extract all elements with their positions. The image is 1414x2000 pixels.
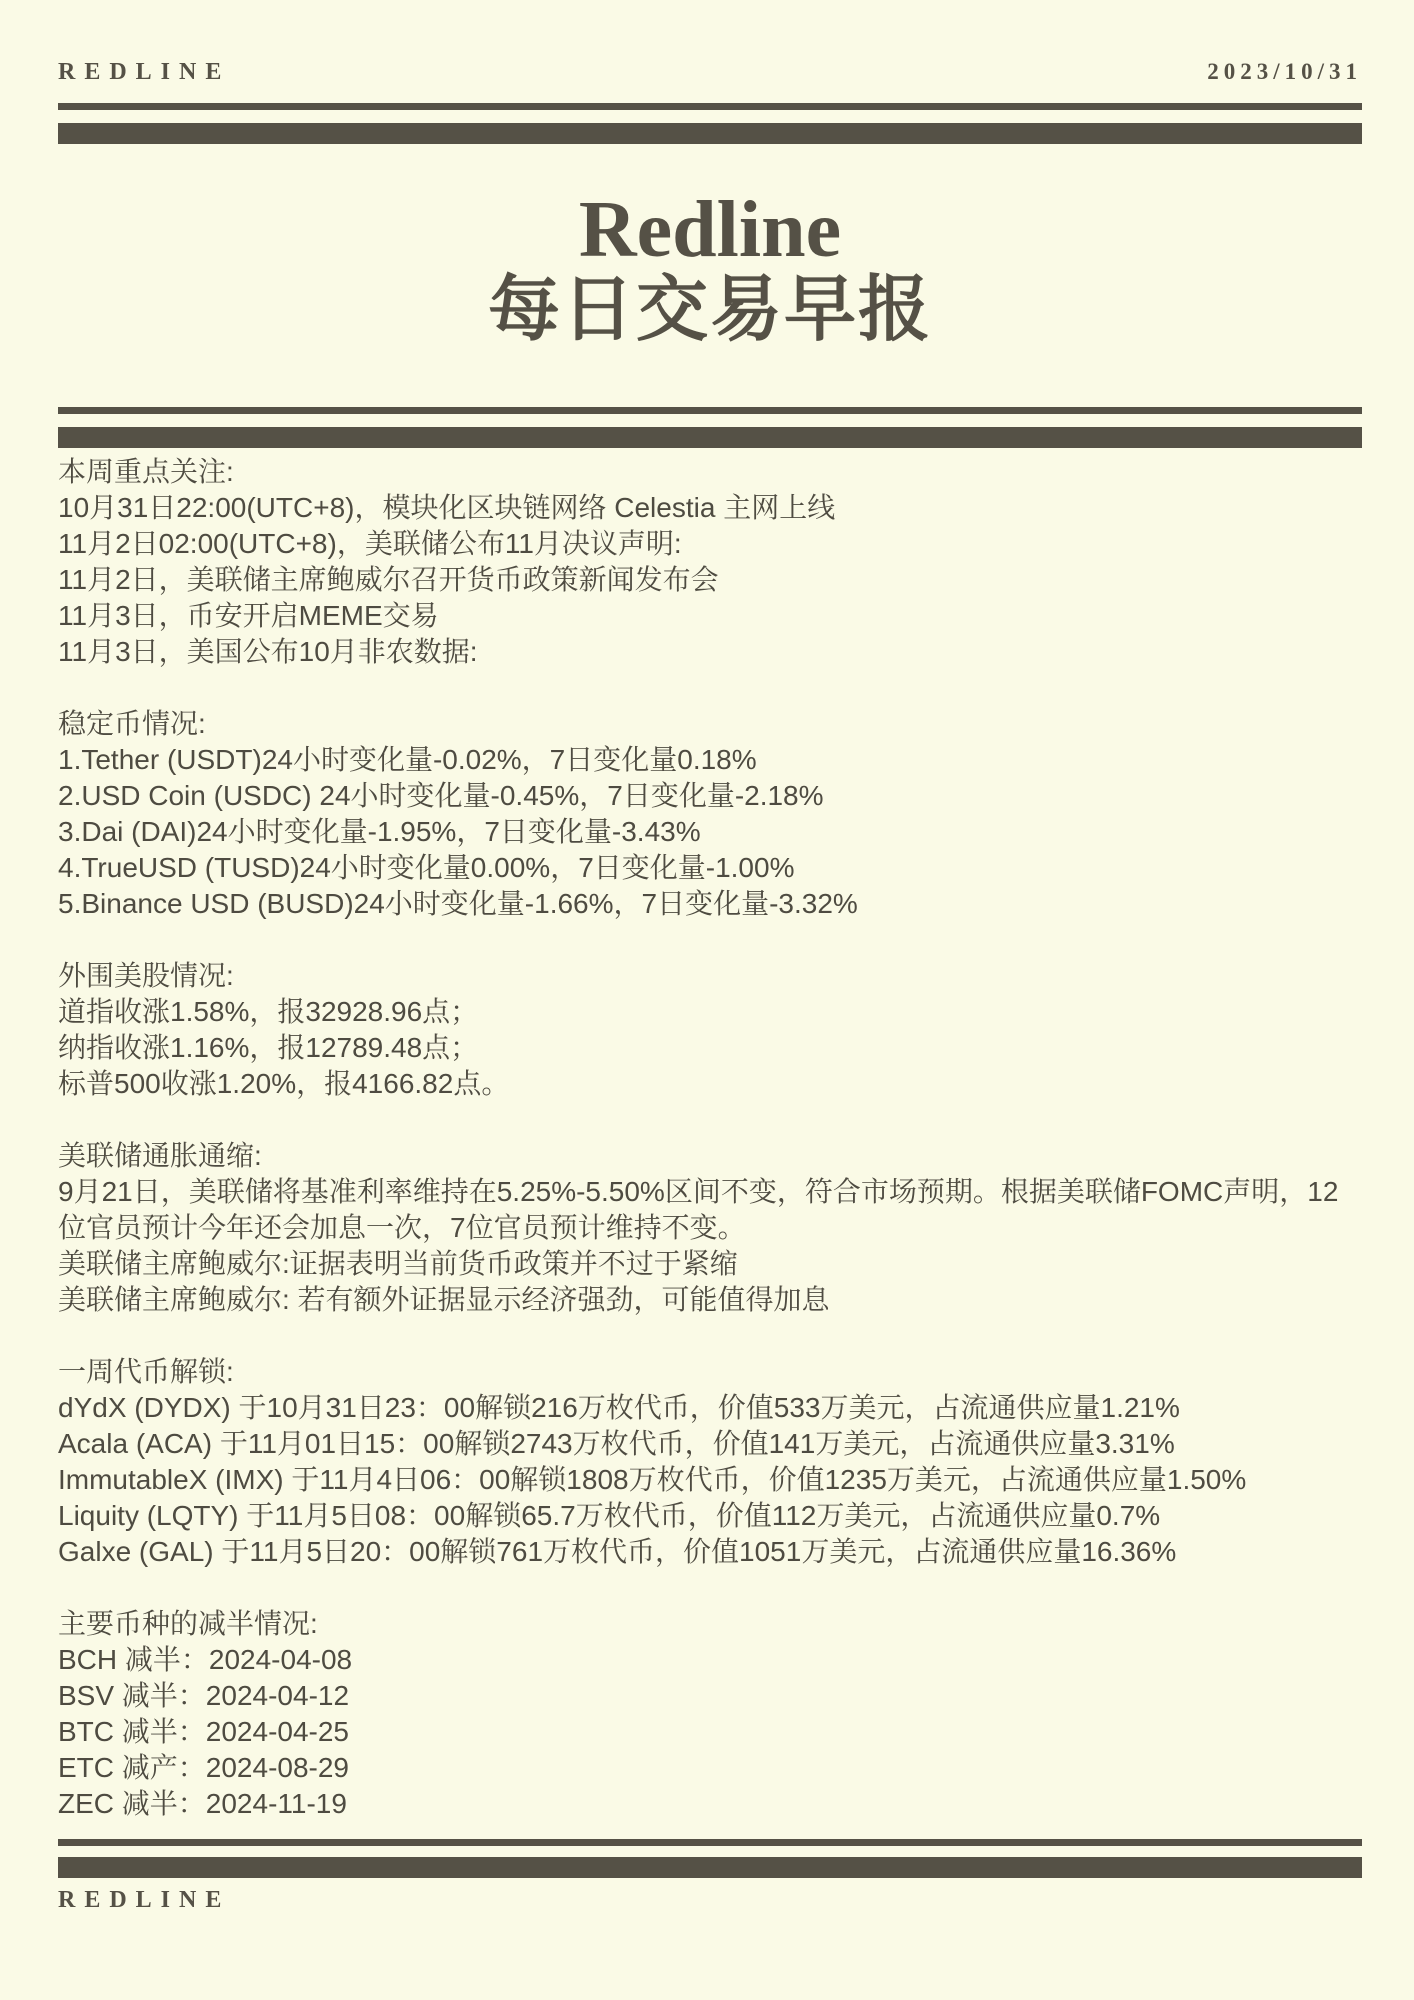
page-header: REDLINE 2023/10/31 <box>58 58 1362 86</box>
section-heading: 本周重点关注: <box>58 454 1362 490</box>
header-divider-thin <box>58 103 1362 110</box>
report-section: 外围美股情况:道指收涨1.58%，报32928.96点；纳指收涨1.16%，报1… <box>58 958 1362 1102</box>
section-line: dYdX (DYDX) 于10月31日23：00解锁216万枚代币，价值533万… <box>58 1390 1362 1426</box>
report-section: 稳定币情况:1.Tether (USDT)24小时变化量-0.02%，7日变化量… <box>58 706 1362 922</box>
newsletter-page: REDLINE 2023/10/31 Redline 每日交易早报 本周重点关注… <box>0 0 1414 2000</box>
masthead-divider-thin <box>58 407 1362 414</box>
section-line: Acala (ACA) 于11月01日15：00解锁2743万枚代币，价值141… <box>58 1426 1362 1462</box>
masthead-title-zh: 每日交易早报 <box>58 270 1362 350</box>
report-section: 美联储通胀通缩:9月21日，美联储将基准利率维持在5.25%-5.50%区间不变… <box>58 1138 1362 1318</box>
report-section: 一周代币解锁:dYdX (DYDX) 于10月31日23：00解锁216万枚代币… <box>58 1354 1362 1570</box>
section-line: ImmutableX (IMX) 于11月4日06：00解锁1808万枚代币，价… <box>58 1462 1362 1498</box>
section-line: ZEC 减半：2024-11-19 <box>58 1786 1362 1822</box>
section-line: 11月3日，币安开启MEME交易 <box>58 598 1362 634</box>
section-line: 1.Tether (USDT)24小时变化量-0.02%，7日变化量0.18% <box>58 742 1362 778</box>
report-section: 本周重点关注:10月31日22:00(UTC+8)，模块化区块链网络 Celes… <box>58 454 1362 670</box>
section-heading: 稳定币情况: <box>58 706 1362 742</box>
section-line: 11月2日02:00(UTC+8)，美联储公布11月决议声明: <box>58 526 1362 562</box>
header-date: 2023/10/31 <box>1207 58 1362 86</box>
report-section: 主要币种的减半情况:BCH 减半：2024-04-08BSV 减半：2024-0… <box>58 1606 1362 1822</box>
section-heading: 主要币种的减半情况: <box>58 1606 1362 1642</box>
section-line: ETC 减产：2024-08-29 <box>58 1750 1362 1786</box>
section-line: 10月31日22:00(UTC+8)，模块化区块链网络 Celestia 主网上… <box>58 490 1362 526</box>
section-line: 9月21日，美联储将基准利率维持在5.25%-5.50%区间不变，符合市场预期。… <box>58 1174 1362 1246</box>
section-line: 2.USD Coin (USDC) 24小时变化量-0.45%，7日变化量-2.… <box>58 778 1362 814</box>
masthead-title-en: Redline <box>58 190 1362 270</box>
section-line: 11月2日，美联储主席鲍威尔召开货币政策新闻发布会 <box>58 562 1362 598</box>
section-line: BTC 减半：2024-04-25 <box>58 1714 1362 1750</box>
report-body: 本周重点关注:10月31日22:00(UTC+8)，模块化区块链网络 Celes… <box>58 454 1362 1822</box>
section-heading: 外围美股情况: <box>58 958 1362 994</box>
section-heading: 美联储通胀通缩: <box>58 1138 1362 1174</box>
footer-divider-thin <box>58 1839 1362 1846</box>
section-line: Liquity (LQTY) 于11月5日08：00解锁65.7万枚代币，价值1… <box>58 1498 1362 1534</box>
masthead-divider-thick <box>58 427 1362 448</box>
section-line: BSV 减半：2024-04-12 <box>58 1678 1362 1714</box>
header-brand: REDLINE <box>58 58 230 86</box>
section-line: 5.Binance USD (BUSD)24小时变化量-1.66%，7日变化量-… <box>58 886 1362 922</box>
section-line: Galxe (GAL) 于11月5日20：00解锁761万枚代币，价值1051万… <box>58 1534 1362 1570</box>
footer-brand: REDLINE <box>58 1887 230 1913</box>
page-footer: REDLINE <box>58 1886 1362 1917</box>
section-line: 道指收涨1.58%，报32928.96点； <box>58 994 1362 1030</box>
section-heading: 一周代币解锁: <box>58 1354 1362 1390</box>
section-line: 11月3日，美国公布10月非农数据: <box>58 634 1362 670</box>
header-divider-thick <box>58 123 1362 144</box>
section-line: 标普500收涨1.20%，报4166.82点。 <box>58 1066 1362 1102</box>
footer-divider-thick <box>58 1857 1362 1878</box>
section-line: 美联储主席鲍威尔:证据表明当前货币政策并不过于紧缩 <box>58 1246 1362 1282</box>
section-line: 纳指收涨1.16%，报12789.48点； <box>58 1030 1362 1066</box>
section-line: 美联储主席鲍威尔: 若有额外证据显示经济强劲，可能值得加息 <box>58 1282 1362 1318</box>
section-line: 3.Dai (DAI)24小时变化量-1.95%，7日变化量-3.43% <box>58 814 1362 850</box>
masthead: Redline 每日交易早报 <box>58 190 1362 350</box>
section-line: 4.TrueUSD (TUSD)24小时变化量0.00%，7日变化量-1.00% <box>58 850 1362 886</box>
section-line: BCH 减半：2024-04-08 <box>58 1642 1362 1678</box>
